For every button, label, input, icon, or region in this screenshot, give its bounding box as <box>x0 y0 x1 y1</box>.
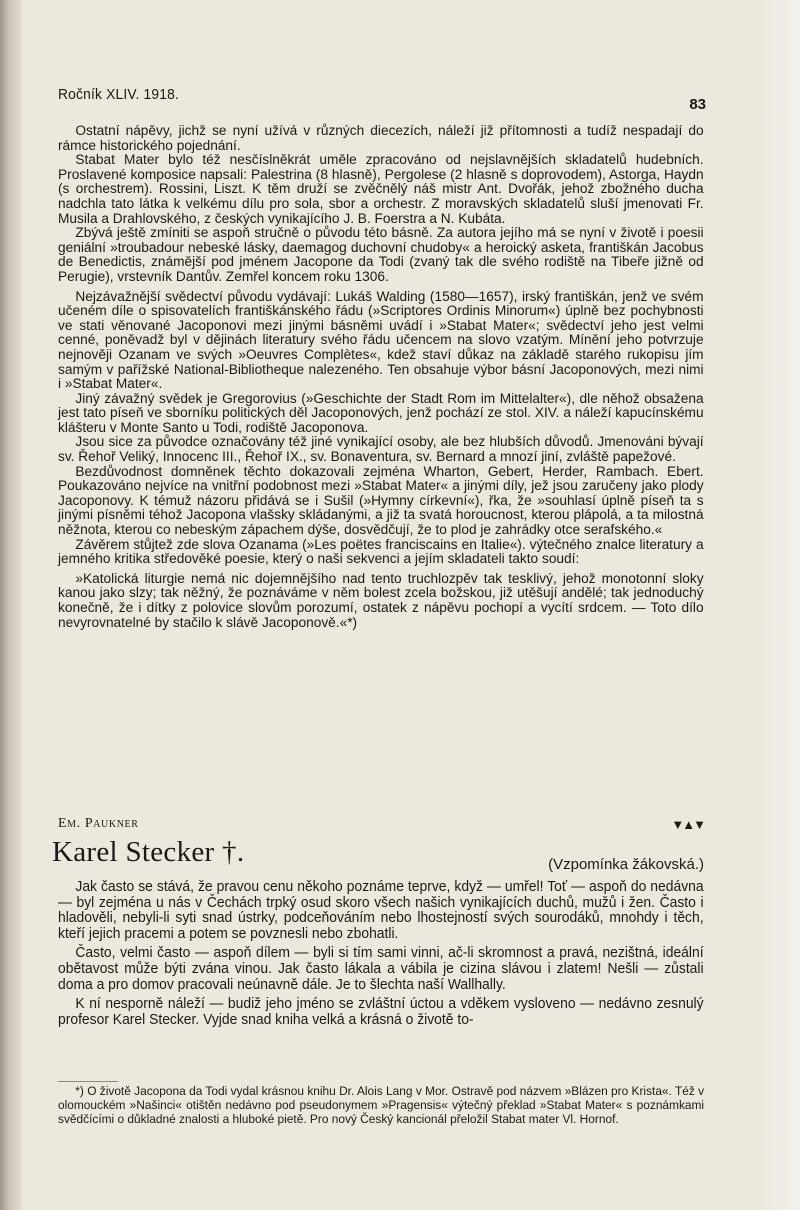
footnote: *) O životě Jacopona da Todi vydal krásn… <box>58 1084 704 1126</box>
paragraph: Ostatní nápěvy, jichž se nyní užívá v rů… <box>58 124 704 153</box>
paragraph: Bezdůvodnost domněnek těchto dokazovali … <box>58 465 704 538</box>
paragraph: Nejzávažnější svědectví původu vydávají:… <box>58 290 704 392</box>
section-ornament-icon: ▼▲▼ <box>671 818 704 831</box>
byline: Em. Paukner ▼▲▼ <box>58 816 704 836</box>
footnote-text: *) O životě Jacopona da Todi vydal krásn… <box>58 1084 704 1126</box>
page-edge <box>760 0 800 1210</box>
running-head: Ročník XLIV. 1918. <box>58 86 179 103</box>
article-title: Karel Stecker †. <box>52 836 244 869</box>
footnote-divider <box>58 1081 118 1082</box>
paragraph: Jak často se stává, že pravou cenu někoh… <box>58 880 704 942</box>
paragraph: Jiný závažný svědek je Gregorovius (»Ges… <box>58 392 704 436</box>
stabat-mater-section: Ostatní nápěvy, jichž se nyní užívá v rů… <box>58 124 704 630</box>
quotation-paragraph: »Katolická liturgie nemá nic dojemnějšíh… <box>58 572 704 630</box>
book-spine-shadow <box>0 0 22 1210</box>
article-subtitle: (Vzpomínka žákovská.) <box>548 856 704 873</box>
article-body: Jak často se stává, že pravou cenu někoh… <box>58 880 704 1032</box>
paragraph: Závěrem stůjtež zde slova Ozanama (»Les … <box>58 538 704 567</box>
paragraph: Často, velmi často — aspoň dílem — byli … <box>58 946 704 993</box>
paragraph: K ní nesporně náleží — budiž jeho jméno … <box>58 997 704 1028</box>
paragraph: Zbývá ještě zmíniti se aspoň stručně o p… <box>58 226 704 284</box>
paragraph: Jsou sice za původce označovány též jiné… <box>58 435 704 464</box>
paragraph: Stabat Mater bylo též nesčíslněkrát uměl… <box>58 153 704 226</box>
author-name: Em. Paukner <box>58 816 139 832</box>
page-number: 83 <box>689 96 706 113</box>
